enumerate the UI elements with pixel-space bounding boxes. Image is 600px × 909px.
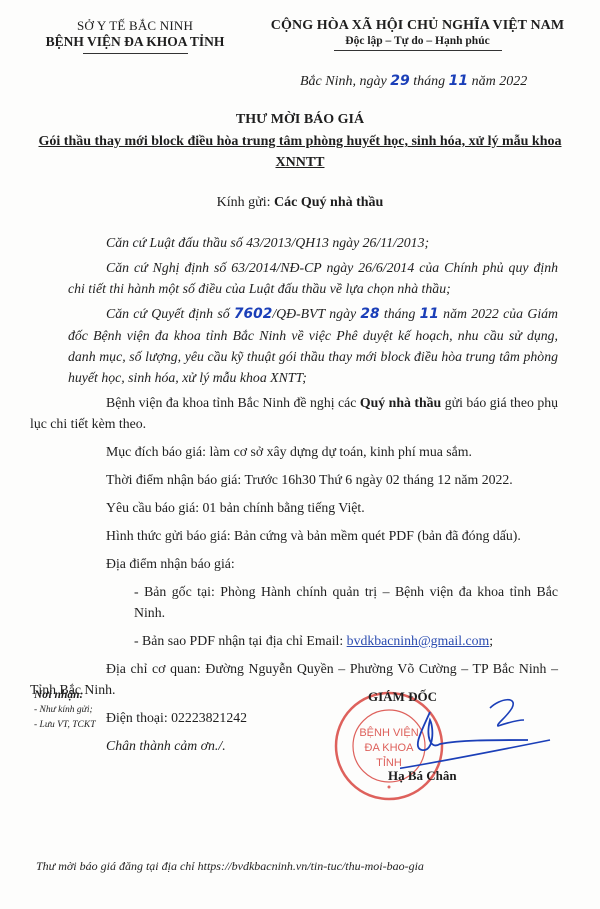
date-month-label: tháng bbox=[410, 74, 449, 89]
requirement: Yêu cầu báo giá: 01 bản chính bằng tiếng… bbox=[68, 497, 558, 518]
request-paragraph: Bệnh viện đa khoa tỉnh Bắc Ninh đề nghị … bbox=[30, 392, 558, 434]
submission-format: Hình thức gửi báo giá: Bản cứng và bản m… bbox=[68, 525, 558, 546]
header-divider bbox=[83, 53, 188, 54]
date-prefix: Bắc Ninh, ngày bbox=[300, 74, 390, 89]
document-subtitle: Gói thầu thay mới block điều hòa trung t… bbox=[22, 131, 578, 173]
greeting: Kính gửi: Các Quý nhà thầu bbox=[0, 195, 600, 211]
deadline: Thời điểm nhận báo giá: Trước 16h30 Thứ … bbox=[68, 469, 558, 490]
department-name: SỞ Y TẾ BẮC NINH bbox=[30, 18, 240, 34]
recipients-heading: Nơi nhận: bbox=[34, 688, 96, 703]
document-body: Căn cứ Luật đấu thầu số 43/2013/QH13 ngà… bbox=[68, 232, 558, 761]
legal-basis-2: Căn cứ Nghị định số 63/2014/NĐ-CP ngày 2… bbox=[68, 257, 558, 299]
document-title: THƯ MỜI BÁO GIÁ bbox=[0, 112, 600, 128]
signature-icon bbox=[400, 690, 560, 780]
date-day: 29 bbox=[390, 73, 409, 89]
date-month: 11 bbox=[449, 73, 468, 89]
footer-note: Thư mời báo giá đăng tại địa chỉ https:/… bbox=[36, 859, 424, 874]
legal-basis-1: Căn cứ Luật đấu thầu số 43/2013/QH13 ngà… bbox=[68, 232, 558, 253]
motto: Độc lập – Tự do – Hạnh phúc bbox=[250, 35, 585, 47]
decision-number: 7602 bbox=[234, 306, 272, 322]
recipient-item: - Như kính gửi; bbox=[34, 703, 96, 718]
location-label: Địa điểm nhận báo giá: bbox=[68, 553, 558, 574]
decision-month: 11 bbox=[420, 306, 439, 322]
email-link[interactable]: bvdkbacninh@gmail.com bbox=[347, 633, 490, 648]
location-original: - Bản gốc tại: Phòng Hành chính quản trị… bbox=[68, 581, 558, 623]
recipient-item: - Lưu VT, TCKT bbox=[34, 718, 96, 733]
date-year: năm 2022 bbox=[468, 74, 527, 89]
national-header: CỘNG HÒA XÃ HỘI CHỦ NGHĨA VIỆT NAM Độc l… bbox=[250, 18, 585, 51]
greeting-prefix: Kính gửi: bbox=[217, 195, 274, 210]
hospital-name: BỆNH VIỆN ĐA KHOA TỈNH bbox=[30, 34, 240, 50]
purpose: Mục đích báo giá: làm cơ sở xây dựng dự … bbox=[68, 441, 558, 462]
recipients-block: Nơi nhận: - Như kính gửi; - Lưu VT, TCKT bbox=[34, 688, 96, 733]
document-date: Bắc Ninh, ngày 29 tháng 11 năm 2022 bbox=[300, 73, 527, 90]
motto-divider bbox=[334, 50, 502, 51]
issuer-header: SỞ Y TẾ BẮC NINH BỆNH VIỆN ĐA KHOA TỈNH bbox=[30, 18, 240, 54]
signatory-name: Hạ Bá Chân bbox=[388, 768, 457, 784]
location-copy: - Bản sao PDF nhận tại địa chỉ Email: bv… bbox=[68, 630, 558, 651]
decision-day: 28 bbox=[360, 306, 379, 322]
request-bold: Quý nhà thầu bbox=[360, 395, 441, 410]
legal-basis-3: Căn cứ Quyết định số 7602/QĐ-BVT ngày 28… bbox=[68, 303, 558, 388]
country-name: CỘNG HÒA XÃ HỘI CHỦ NGHĨA VIỆT NAM bbox=[250, 18, 585, 34]
greeting-recipient: Các Quý nhà thầu bbox=[274, 195, 383, 210]
